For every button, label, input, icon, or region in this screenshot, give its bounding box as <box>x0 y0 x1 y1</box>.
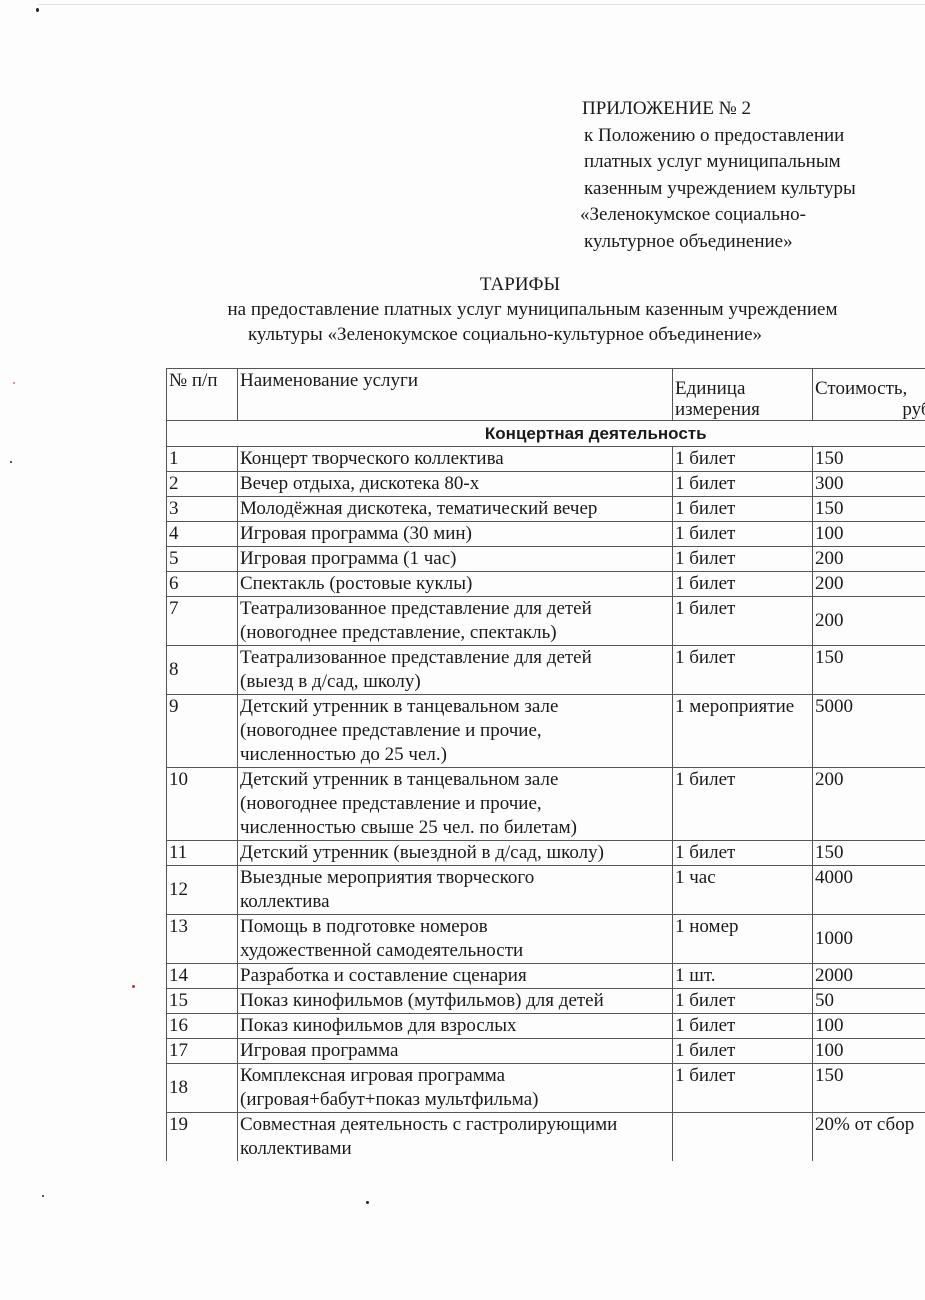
table-row: 19Совместная деятельность с гастролирующ… <box>167 1113 925 1162</box>
cell-service-name: Детский утренник в танцевальном зале(нов… <box>238 768 673 841</box>
header-unit-line2: измерения <box>675 401 810 419</box>
service-name-line: Вечер отдыха, дискотека 80-х <box>240 472 670 496</box>
tariffs-table: № п/п Наименование услуги Единица измере… <box>166 368 925 1161</box>
appendix-block: ПРИЛОЖЕНИЕ № 2 к Положению о предоставле… <box>578 96 856 255</box>
scan-edge-line <box>38 4 925 5</box>
cell-service-name: Спектакль (ростовые куклы) <box>238 572 673 597</box>
document-title: ТАРИФЫ <box>70 272 925 297</box>
scan-speck <box>366 1201 369 1204</box>
cell-num: 2 <box>167 472 238 497</box>
cell-num: 12 <box>167 866 238 915</box>
cell-unit: 1 билет <box>673 497 813 522</box>
service-name-line: Помощь в подготовке номеров <box>240 915 670 939</box>
cell-num: 11 <box>167 841 238 866</box>
cell-cost: 100 <box>813 1014 925 1039</box>
cell-num: 17 <box>167 1039 238 1064</box>
scan-speck <box>36 8 39 12</box>
header-name: Наименование услуги <box>238 369 673 421</box>
cell-cost: 150 <box>813 497 925 522</box>
cell-service-name: Разработка и составление сценария <box>238 964 673 989</box>
scan-speck <box>42 1195 44 1197</box>
cell-service-name: Игровая программа <box>238 1039 673 1064</box>
service-name-line: Игровая программа (1 час) <box>240 547 670 571</box>
cell-cost: 150 <box>813 646 925 695</box>
cell-num: 5 <box>167 547 238 572</box>
cell-unit: 1 билет <box>673 572 813 597</box>
cell-service-name: Вечер отдыха, дискотека 80-х <box>238 472 673 497</box>
header-cost-line2: руб <box>815 401 925 419</box>
appendix-line: платных услуг муниципальным <box>584 149 856 176</box>
service-name-line: (игровая+бабут+показ мультфильма) <box>240 1088 670 1112</box>
cell-cost: 200 <box>813 547 925 572</box>
service-name-line: Совместная деятельность с гастролирующим… <box>240 1113 670 1137</box>
cell-service-name: Театрализованное представление для детей… <box>238 646 673 695</box>
cell-service-name: Детский утренник (выездной в д/сад, школ… <box>238 841 673 866</box>
cell-unit: 1 билет <box>673 597 813 646</box>
cell-num: 9 <box>167 695 238 768</box>
service-name-line: Детский утренник в танцевальном зале <box>240 695 670 719</box>
cell-service-name: Помощь в подготовке номеровхудожественно… <box>238 915 673 964</box>
service-name-line: Показ кинофильмов (мутфильмов) для детей <box>240 989 670 1013</box>
cell-unit: 1 номер <box>673 915 813 964</box>
table-row: 12Выездные мероприятия творческогоколлек… <box>167 866 925 915</box>
cell-num: 10 <box>167 768 238 841</box>
cell-cost: 150 <box>813 1064 925 1113</box>
table-header-row: № п/п Наименование услуги Единица измере… <box>167 369 925 421</box>
cell-cost: 150 <box>813 447 925 472</box>
service-name-line: Игровая программа (30 мин) <box>240 522 670 546</box>
service-name-line: Театрализованное представление для детей <box>240 646 670 670</box>
cell-num: 15 <box>167 989 238 1014</box>
service-name-line: Разработка и составление сценария <box>240 964 670 988</box>
cell-num: 19 <box>167 1113 238 1162</box>
cell-cost: 200 <box>813 597 925 646</box>
service-name-line: (новогоднее представление, спектакль) <box>240 621 670 645</box>
cell-unit: 1 мероприятие <box>673 695 813 768</box>
service-name-line: Спектакль (ростовые куклы) <box>240 572 670 596</box>
scan-speck <box>132 985 135 988</box>
service-name-line: Театрализованное представление для детей <box>240 597 670 621</box>
service-name-line: художественной самодеятельности <box>240 939 670 963</box>
cell-cost: 50 <box>813 989 925 1014</box>
cell-num: 8 <box>167 646 238 695</box>
table-row: 18Комплексная игровая программа(игровая+… <box>167 1064 925 1113</box>
header-cost: Стоимость, руб <box>813 369 925 421</box>
cell-unit: 1 билет <box>673 841 813 866</box>
section-title: Концертная деятельность <box>167 421 925 447</box>
header-unit-line1: Единица <box>675 377 810 401</box>
header-cost-line1: Стоимость, <box>815 377 925 401</box>
table-row: 5Игровая программа (1 час)1 билет200 <box>167 547 925 572</box>
cell-cost: 1000 <box>813 915 925 964</box>
service-name-line: коллективами <box>240 1137 670 1161</box>
service-name-line: (новогоднее представление и прочие, <box>240 792 670 816</box>
table-row: 7Театрализованное представление для дете… <box>167 597 925 646</box>
cell-cost: 2000 <box>813 964 925 989</box>
cell-cost: 150 <box>813 841 925 866</box>
cell-cost: 300 <box>813 472 925 497</box>
cell-num: 6 <box>167 572 238 597</box>
cell-num: 13 <box>167 915 238 964</box>
cell-cost: 100 <box>813 1039 925 1064</box>
cell-service-name: Совместная деятельность с гастролирующим… <box>238 1113 673 1162</box>
table-row: 14Разработка и составление сценария1 шт.… <box>167 964 925 989</box>
service-name-line: коллектива <box>240 890 670 914</box>
cell-service-name: Молодёжная дискотека, тематический вечер <box>238 497 673 522</box>
cell-cost: 20% от сбор <box>813 1113 925 1162</box>
table-row: 3Молодёжная дискотека, тематический вече… <box>167 497 925 522</box>
cell-service-name: Показ кинофильмов (мутфильмов) для детей <box>238 989 673 1014</box>
service-name-line: (выезд в д/сад, школу) <box>240 670 670 694</box>
cell-unit: 1 билет <box>673 646 813 695</box>
cell-service-name: Комплексная игровая программа(игровая+ба… <box>238 1064 673 1113</box>
cell-cost: 200 <box>813 768 925 841</box>
appendix-line: к Положению о предоставлении <box>584 123 856 150</box>
service-name-line: Показ кинофильмов для взрослых <box>240 1014 670 1038</box>
cell-unit: 1 билет <box>673 447 813 472</box>
cell-cost: 4000 <box>813 866 925 915</box>
tariffs-table-wrapper: № п/п Наименование услуги Единица измере… <box>166 368 925 1161</box>
service-name-line: Комплексная игровая программа <box>240 1064 670 1088</box>
cell-service-name: Игровая программа (1 час) <box>238 547 673 572</box>
service-name-line: (новогоднее представление и прочие, <box>240 719 670 743</box>
cell-num: 1 <box>167 447 238 472</box>
table-row: 4Игровая программа (30 мин)1 билет100 <box>167 522 925 547</box>
scan-speck <box>13 382 15 384</box>
table-row: 13Помощь в подготовке номеровхудожествен… <box>167 915 925 964</box>
cell-unit: 1 билет <box>673 522 813 547</box>
cell-num: 7 <box>167 597 238 646</box>
service-name-line: Игровая программа <box>240 1039 670 1063</box>
document-subtitle-line2: культуры «Зеленокумское социально-культу… <box>40 322 925 347</box>
cell-num: 14 <box>167 964 238 989</box>
table-row: 1Концерт творческого коллектива1 билет15… <box>167 447 925 472</box>
service-name-line: Молодёжная дискотека, тематический вечер <box>240 497 670 521</box>
cell-service-name: Концерт творческого коллектива <box>238 447 673 472</box>
table-row: 10Детский утренник в танцевальном зале(н… <box>167 768 925 841</box>
cell-service-name: Театрализованное представление для детей… <box>238 597 673 646</box>
cell-service-name: Игровая программа (30 мин) <box>238 522 673 547</box>
table-row: 9Детский утренник в танцевальном зале(но… <box>167 695 925 768</box>
cell-unit: 1 билет <box>673 547 813 572</box>
cell-cost: 100 <box>813 522 925 547</box>
document-subtitle-line1: на предоставление платных услуг муниципа… <box>95 297 925 322</box>
section-row: Концертная деятельность <box>167 421 925 447</box>
service-name-line: Детский утренник в танцевальном зале <box>240 768 670 792</box>
cell-unit <box>673 1113 813 1162</box>
table-row: 11Детский утренник (выездной в д/сад, шк… <box>167 841 925 866</box>
cell-cost: 200 <box>813 572 925 597</box>
cell-service-name: Показ кинофильмов для взрослых <box>238 1014 673 1039</box>
document-heading: ТАРИФЫ на предоставление платных услуг м… <box>150 272 925 347</box>
cell-num: 4 <box>167 522 238 547</box>
table-row: 2Вечер отдыха, дискотека 80-х1 билет300 <box>167 472 925 497</box>
table-row: 8Театрализованное представление для дете… <box>167 646 925 695</box>
cell-unit: 1 билет <box>673 1014 813 1039</box>
cell-unit: 1 час <box>673 866 813 915</box>
header-num: № п/п <box>167 369 238 421</box>
cell-unit: 1 шт. <box>673 964 813 989</box>
cell-cost: 5000 <box>813 695 925 768</box>
scan-speck <box>10 461 12 463</box>
service-name-line: численностью свыше 25 чел. по билетам) <box>240 816 670 840</box>
cell-num: 16 <box>167 1014 238 1039</box>
service-name-line: численностью до 25 чел.) <box>240 743 670 767</box>
table-row: 16Показ кинофильмов для взрослых1 билет1… <box>167 1014 925 1039</box>
cell-num: 18 <box>167 1064 238 1113</box>
service-name-line: Концерт творческого коллектива <box>240 447 670 471</box>
appendix-line: «Зеленокумское социально- <box>580 202 856 229</box>
cell-service-name: Детский утренник в танцевальном зале(нов… <box>238 695 673 768</box>
cell-unit: 1 билет <box>673 472 813 497</box>
cell-unit: 1 билет <box>673 1064 813 1113</box>
cell-unit: 1 билет <box>673 768 813 841</box>
table-row: 15Показ кинофильмов (мутфильмов) для дет… <box>167 989 925 1014</box>
cell-num: 3 <box>167 497 238 522</box>
appendix-title: ПРИЛОЖЕНИЕ № 2 <box>582 96 856 123</box>
service-name-line: Выездные мероприятия творческого <box>240 866 670 890</box>
table-row: 17Игровая программа1 билет100 <box>167 1039 925 1064</box>
header-unit: Единица измерения <box>673 369 813 421</box>
cell-unit: 1 билет <box>673 989 813 1014</box>
service-name-line: Детский утренник (выездной в д/сад, школ… <box>240 841 670 865</box>
cell-unit: 1 билет <box>673 1039 813 1064</box>
cell-service-name: Выездные мероприятия творческогоколлекти… <box>238 866 673 915</box>
appendix-line: культурное объединение» <box>584 229 856 256</box>
appendix-line: казенным учреждением культуры <box>584 176 856 203</box>
table-row: 6Спектакль (ростовые куклы)1 билет200 <box>167 572 925 597</box>
